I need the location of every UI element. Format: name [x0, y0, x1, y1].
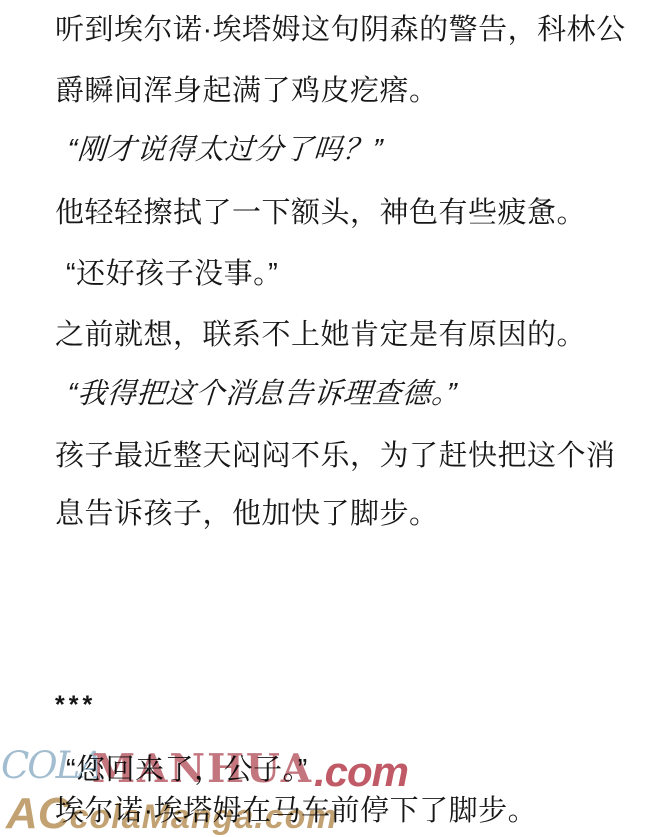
text-line: 息告诉孩子，他加快了脚步。 — [55, 497, 439, 531]
text-line: 之前就想，联系不上她肯定是有原因的。 — [55, 318, 586, 352]
text-line: 听到埃尔诺·埃塔姆这句阴森的警告，科林公 — [55, 13, 626, 47]
scene-separator: *** — [55, 688, 96, 722]
text-line: 孩子最近整天闷闷不乐，为了赶快把这个消 — [55, 439, 616, 473]
novel-text-block: 听到埃尔诺·埃塔姆这句阴森的警告，科林公 爵瞬间浑身起满了鸡皮疙瘩。 “刚才说得… — [0, 0, 660, 837]
text-line: 他轻轻擦拭了一下额头，神色有些疲惫。 — [55, 196, 586, 230]
thought-line: “我得把这个消息告诉理查德。” — [66, 377, 458, 411]
text-line: 埃尔诺·埃塔姆在马车前停下了脚步。 — [55, 794, 537, 828]
novel-reader-page: 听到埃尔诺·埃塔姆这句阴森的警告，科林公 爵瞬间浑身起满了鸡皮疙瘩。 “刚才说得… — [0, 0, 660, 837]
thought-line: “刚才说得太过分了吗？” — [66, 133, 384, 167]
dialogue-line: “还好孩子没事。” — [66, 257, 278, 291]
dialogue-line: “您回来了，公子。” — [66, 753, 308, 787]
text-line: 爵瞬间浑身起满了鸡皮疙瘩。 — [55, 74, 439, 108]
